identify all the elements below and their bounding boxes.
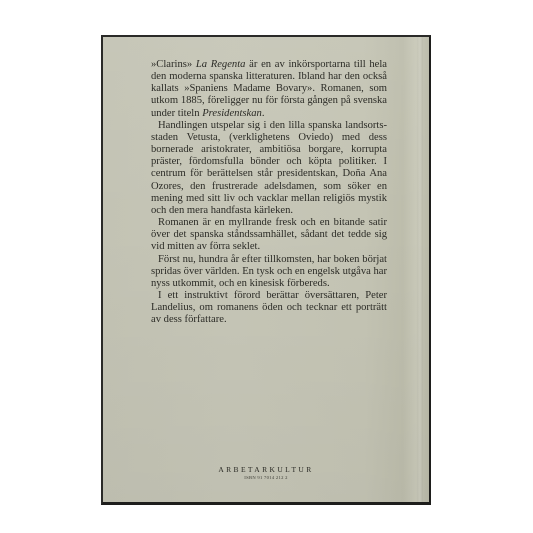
text-span: »Clarins»: [151, 59, 196, 70]
book-title-original: La Regenta: [196, 59, 246, 70]
isbn-number: ISBN 91 7014 212 2: [103, 475, 429, 480]
cover-edge-shading: [417, 37, 423, 502]
publisher-name: ARBETARKULTUR: [103, 465, 429, 474]
book-title-swedish: Presidentskan: [202, 108, 262, 119]
blurb-paragraph-4: Först nu, hundra år efter tillkomsten, h…: [151, 254, 387, 290]
text-span: I ett instruktivt förord berättar översä…: [151, 290, 387, 325]
blurb-paragraph-3: Romanen är en myllrande fresk och en bit…: [151, 217, 387, 253]
text-span: Först nu, hundra år efter tillkomsten, h…: [151, 254, 387, 289]
blurb-paragraph-2: Handlingen utspelar sig i den lilla span…: [151, 120, 387, 217]
text-span: Handlingen utspelar sig i den lilla span…: [151, 120, 387, 216]
page: »Clarins» La Regenta är en av inkörsport…: [0, 0, 533, 533]
text-span: .: [262, 108, 265, 119]
book-back-cover: »Clarins» La Regenta är en av inkörsport…: [101, 35, 431, 505]
blurb-paragraph-5: I ett instruktivt förord berättar översä…: [151, 290, 387, 326]
text-span: Romanen är en myllrande fresk och en bit…: [151, 217, 387, 252]
blurb-text: »Clarins» La Regenta är en av inkörsport…: [151, 59, 387, 326]
blurb-paragraph-1: »Clarins» La Regenta är en av inkörsport…: [151, 59, 387, 120]
